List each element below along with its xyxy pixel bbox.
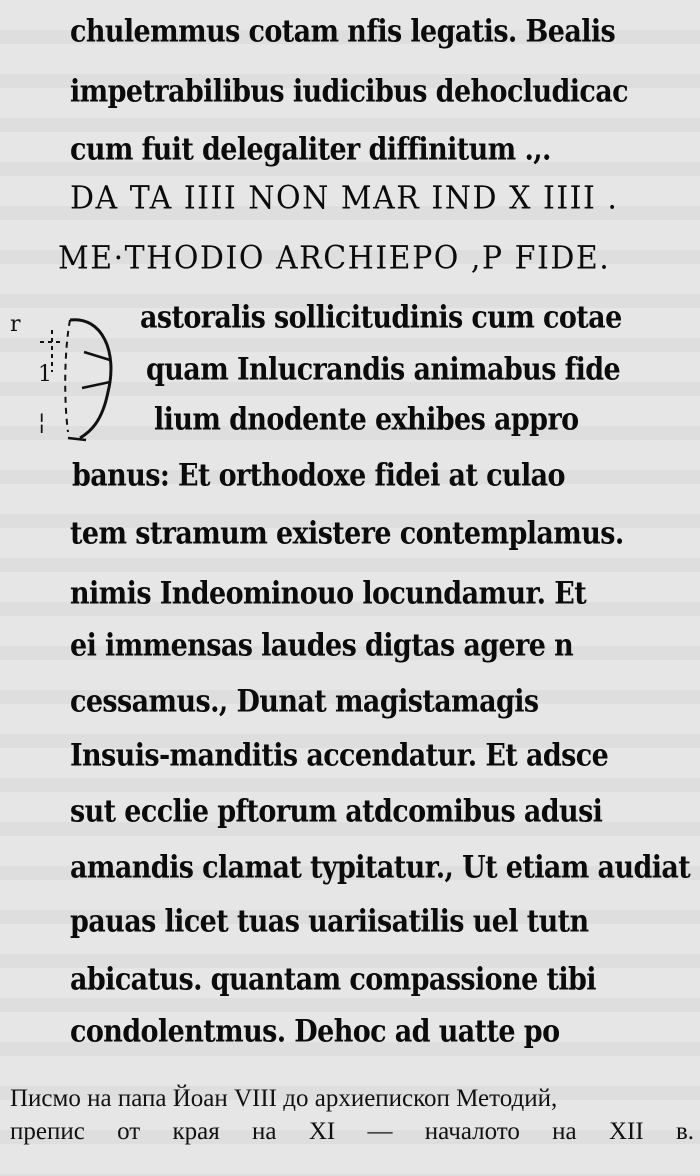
- manuscript-line: impetrabilibus iudicibus dehocludicac: [70, 74, 628, 110]
- manuscript-line: nimis Indeominouo locundamur. Et: [70, 576, 586, 612]
- manuscript-line: astoralis sollicitudinis cum cotae: [140, 300, 622, 336]
- manuscript-line: lium dnodente exhibes appro: [154, 402, 578, 438]
- margin-mark: r: [10, 312, 21, 337]
- figure-caption: Писмо на папа Йоан VIII до архиепископ М…: [10, 1082, 694, 1148]
- manuscript-line: tem stramum existere contemplamus.: [70, 516, 624, 552]
- manuscript-facsimile: chulemmus cotam nfis legatis. Bealis imp…: [0, 0, 700, 1080]
- manuscript-line: sut ecclie pftorum atdcomibus adusi: [70, 794, 602, 830]
- manuscript-line: quam Inlucrandis animabus fide: [146, 352, 620, 388]
- manuscript-address-line: ME·THODIO ARCHIEPO ,P FIDE.: [58, 240, 610, 277]
- manuscript-line: abicatus. quantam compassione tibi: [70, 962, 596, 998]
- manuscript-dating-line: DA TA IIII NON MAR IND X IIII .: [70, 180, 618, 217]
- margin-mark: ¦: [38, 410, 45, 435]
- margin-mark: 1: [38, 362, 52, 387]
- manuscript-line: cessamus., Dunat magistamagis: [70, 684, 539, 720]
- manuscript-line: amandis clamat typitatur., Ut etiam audi…: [70, 850, 690, 886]
- manuscript-line: banus: Et orthodoxe fidei at culao: [72, 458, 565, 494]
- caption-line-1: Писмо на папа Йоан VIII до архиепископ М…: [10, 1082, 694, 1115]
- manuscript-line: Insuis-manditis accendatur. Et adsce: [70, 738, 608, 774]
- manuscript-line: pauas licet tuas uariisatilis uel tutn: [70, 904, 589, 940]
- caption-line-2: препис от края на XI — началото на XII в…: [10, 1115, 694, 1148]
- manuscript-line: condolentmus. Dehoc ad uatte po: [70, 1014, 559, 1050]
- manuscript-line: cum fuit delegaliter diffinitum .,.: [70, 132, 551, 168]
- manuscript-line: chulemmus cotam nfis legatis. Bealis: [70, 14, 615, 50]
- manuscript-line: ei immensas laudes digtas agere n: [70, 628, 573, 664]
